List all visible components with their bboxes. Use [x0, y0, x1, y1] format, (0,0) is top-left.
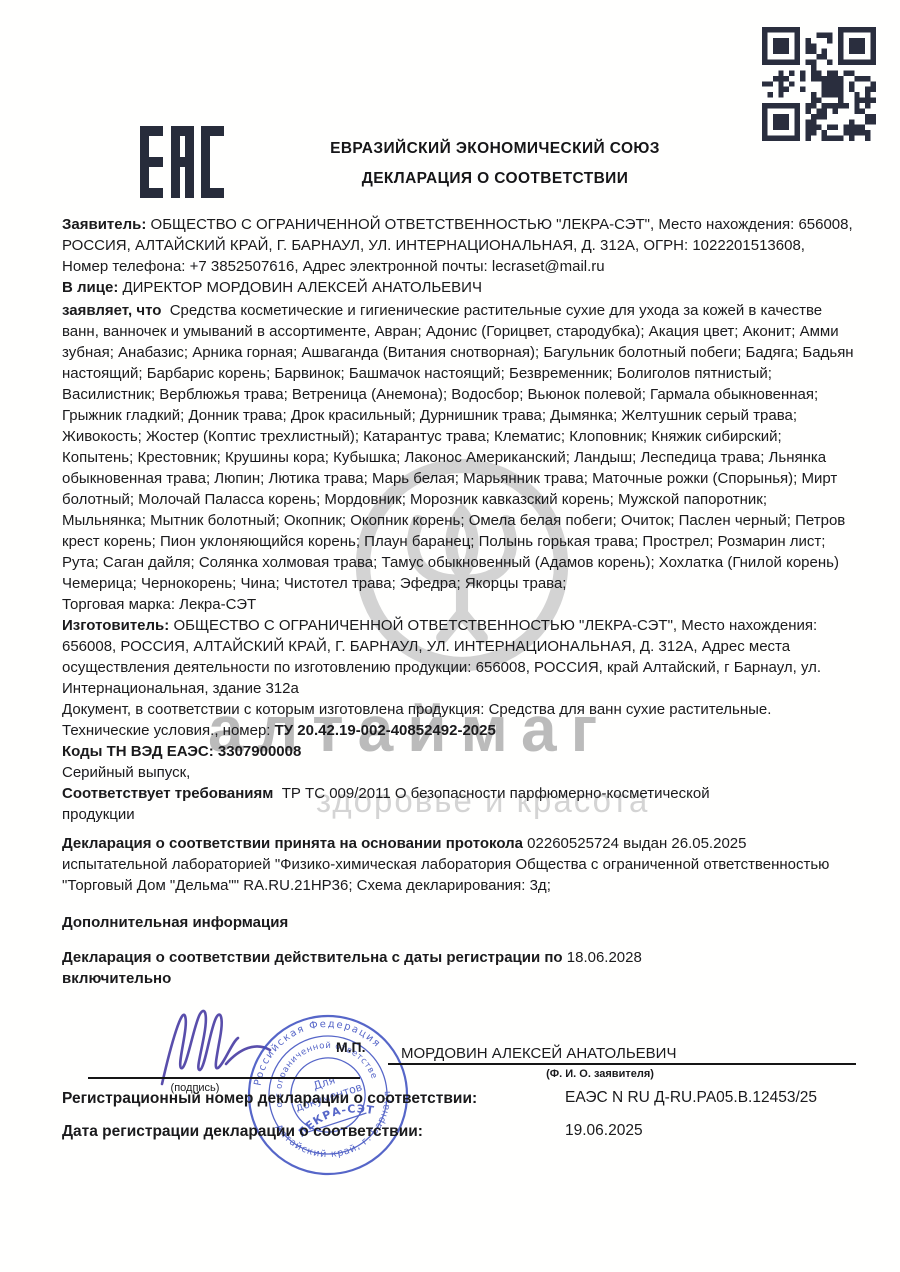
declaration-document: алтаймаг здоровье и красота: [0, 0, 900, 1272]
name-caption: (Ф. И. О. заявителя): [470, 1068, 730, 1080]
compliance-text-line1: ТР ТС 009/2011 О безопасности парфюмерно…: [282, 785, 710, 802]
tu-number: ТУ 20.42.19-002-40852492-2025: [275, 722, 496, 739]
manufacturer-label: Изготовитель:: [62, 617, 169, 634]
name-underline: [388, 1063, 856, 1065]
product-assortment-text: Средства косметические и гигиенические р…: [62, 302, 854, 592]
applicant-paragraph: Заявитель: ОБЩЕСТВО С ОГРАНИЧЕННОЙ ОТВЕТ…: [62, 214, 854, 277]
protocol-paragraph: Декларация о соответствии принята на осн…: [62, 833, 854, 896]
tu-prefix: Технические условия., номер:: [62, 722, 270, 739]
document-title: ДЕКЛАРАЦИЯ О СООТВЕТСТВИИ: [245, 170, 745, 188]
eac-logo-icon: [140, 126, 224, 198]
compliance-text-line2: продукции: [62, 806, 135, 823]
applicant-text: ОБЩЕСТВО С ОГРАНИЧЕННОЙ ОТВЕТСТВЕННОСТЬЮ…: [62, 216, 853, 275]
applicant-full-name: МОРДОВИН АЛЕКСЕЙ АНАТОЛЬЕВИЧ: [401, 1045, 676, 1062]
registration-date-row: Дата регистрации декларации о соответств…: [62, 1123, 854, 1141]
declaration-paragraph: заявляет, что Средства косметические и г…: [62, 300, 854, 594]
product-document-line1: Документ, в соответствии с которым изгот…: [62, 699, 854, 720]
validity-paragraph: Декларация о соответствии действительна …: [62, 947, 854, 989]
representative-paragraph: В лице: ДИРЕКТОР МОРДОВИН АЛЕКСЕЙ АНАТОЛ…: [62, 277, 854, 298]
registration-date-value: 19.06.2025: [565, 1122, 643, 1140]
union-title: ЕВРАЗИЙСКИЙ ЭКОНОМИЧЕСКИЙ СОЮЗ: [245, 140, 745, 158]
declares-label: заявляет, что: [62, 302, 161, 319]
registration-number-row: Регистрационный номер декларации о соотв…: [62, 1090, 854, 1108]
registration-date-label: Дата регистрации декларации о соответств…: [62, 1123, 423, 1140]
trademark-line: Торговая марка: Лекра-СЭТ: [62, 594, 854, 615]
validity-date: 18.06.2028: [567, 949, 642, 966]
tn-ved-line: Коды ТН ВЭД ЕАЭС: 3307900008: [62, 741, 854, 762]
product-document-line2: Технические условия., номер: ТУ 20.42.19…: [62, 720, 854, 741]
additional-info-heading: Дополнительная информация: [62, 912, 854, 933]
validity-suffix: включительно: [62, 970, 171, 987]
manufacturer-paragraph: Изготовитель: ОБЩЕСТВО С ОГРАНИЧЕННОЙ ОТ…: [62, 615, 854, 699]
compliance-paragraph: Соответствует требованиям ТР ТС 009/2011…: [62, 783, 854, 825]
representative-label: В лице:: [62, 279, 118, 296]
release-type-line: Серийный выпуск,: [62, 762, 854, 783]
validity-label: Декларация о соответствии действительна …: [62, 949, 563, 966]
representative-text: ДИРЕКТОР МОРДОВИН АЛЕКСЕЙ АНАТОЛЬЕВИЧ: [122, 279, 481, 296]
stamp-place-note: М.П.: [336, 1039, 366, 1055]
qr-code-icon: [762, 27, 876, 141]
protocol-label: Декларация о соответствии принята на осн…: [62, 835, 523, 852]
applicant-label: Заявитель:: [62, 216, 146, 233]
registration-number-label: Регистрационный номер декларации о соотв…: [62, 1090, 477, 1107]
signature-underline: [88, 1077, 360, 1079]
manufacturer-text: ОБЩЕСТВО С ОГРАНИЧЕННОЙ ОТВЕТСТВЕННОСТЬЮ…: [62, 617, 821, 697]
registration-number-value: ЕАЭС N RU Д-RU.РА05.В.12453/25: [565, 1089, 817, 1107]
document-titles: ЕВРАЗИЙСКИЙ ЭКОНОМИЧЕСКИЙ СОЮЗ ДЕКЛАРАЦИ…: [245, 140, 745, 188]
document-body: Заявитель: ОБЩЕСТВО С ОГРАНИЧЕННОЙ ОТВЕТ…: [62, 214, 854, 989]
compliance-label: Соответствует требованиям: [62, 785, 273, 802]
